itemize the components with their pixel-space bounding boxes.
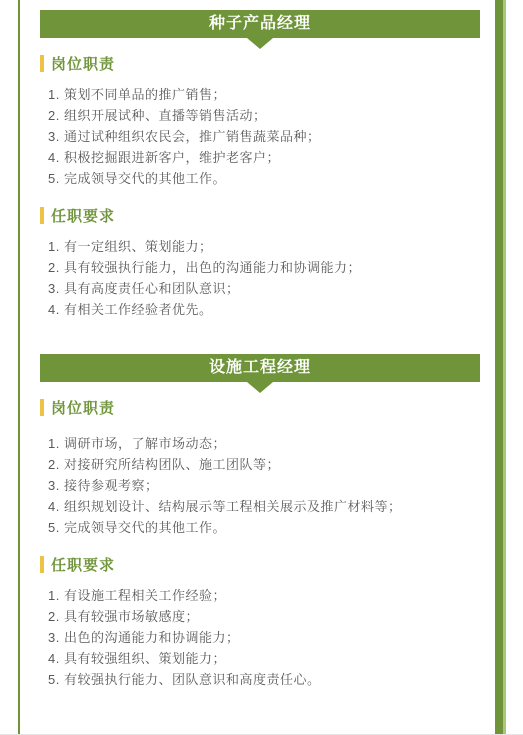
- section-heading-requirements-1: 任职要求: [40, 205, 480, 225]
- section-heading-requirements-2: 任职要求: [40, 554, 480, 574]
- right-border-bar-light: [503, 0, 506, 735]
- list-item: 2. 具有较强市场敏感度；: [40, 606, 480, 627]
- article-content: 种子产品经理 岗位职责 1. 策划不同单品的推广销售； 2. 组织开展试种、直播…: [0, 10, 523, 690]
- section-heading-label: 任职要求: [51, 554, 115, 575]
- list-item: 2. 对接研究所结构团队、施工团队等；: [40, 454, 480, 475]
- job-title-banner-seed-product-manager: 种子产品经理: [40, 10, 480, 38]
- banner-arrow-down-icon: [247, 38, 273, 49]
- job-title-banner-facility-engineering-manager: 设施工程经理: [40, 354, 480, 382]
- list-item: 3. 通过试种组织农民会，推广销售蔬菜品种；: [40, 126, 480, 147]
- list-item: 3. 具有高度责任心和团队意识；: [40, 278, 480, 299]
- duties-list-2: 1. 调研市场，了解市场动态； 2. 对接研究所结构团队、施工团队等； 3. 接…: [40, 433, 480, 538]
- section-heading-label: 岗位职责: [51, 53, 115, 74]
- list-item: 4. 具有较强组织、策划能力；: [40, 648, 480, 669]
- banner-arrow-down-icon: [247, 382, 273, 393]
- list-item: 1. 策划不同单品的推广销售；: [40, 84, 480, 105]
- list-item: 3. 出色的沟通能力和协调能力；: [40, 627, 480, 648]
- section-heading-label: 岗位职责: [51, 397, 115, 418]
- requirements-list-2: 1. 有设施工程相关工作经验； 2. 具有较强市场敏感度； 3. 出色的沟通能力…: [40, 585, 480, 690]
- duties-list-1: 1. 策划不同单品的推广销售； 2. 组织开展试种、直播等销售活动； 3. 通过…: [40, 84, 480, 189]
- section-heading-duties-1: 岗位职责: [40, 53, 480, 73]
- list-item: 2. 具有较强执行能力，出色的沟通能力和协调能力；: [40, 257, 480, 278]
- list-item: 2. 组织开展试种、直播等销售活动；: [40, 105, 480, 126]
- list-item: 1. 有设施工程相关工作经验；: [40, 585, 480, 606]
- section-heading-duties-2: 岗位职责: [40, 397, 480, 417]
- list-item: 4. 积极挖掘跟进新客户，维护老客户；: [40, 147, 480, 168]
- banner-title: 设施工程经理: [209, 359, 311, 376]
- yellow-accent-bar: [40, 556, 44, 573]
- list-item: 1. 调研市场，了解市场动态；: [40, 433, 480, 454]
- yellow-accent-bar: [40, 399, 44, 416]
- list-item: 3. 接待参观考察；: [40, 475, 480, 496]
- left-border-line: [18, 0, 20, 735]
- list-item: 5. 完成领导交代的其他工作。: [40, 517, 480, 538]
- section-heading-label: 任职要求: [51, 205, 115, 226]
- list-item: 1. 有一定组织、策划能力；: [40, 236, 480, 257]
- list-item: 5. 完成领导交代的其他工作。: [40, 168, 480, 189]
- yellow-accent-bar: [40, 207, 44, 224]
- yellow-accent-bar: [40, 55, 44, 72]
- list-item: 5. 有较强执行能力、团队意识和高度责任心。: [40, 669, 480, 690]
- requirements-list-1: 1. 有一定组织、策划能力； 2. 具有较强执行能力，出色的沟通能力和协调能力；…: [40, 236, 480, 320]
- right-border-bar: [495, 0, 503, 735]
- list-item: 4. 有相关工作经验者优先。: [40, 299, 480, 320]
- list-item: 4. 组织规划设计、结构展示等工程相关展示及推广材料等；: [40, 496, 480, 517]
- banner-title: 种子产品经理: [209, 15, 311, 32]
